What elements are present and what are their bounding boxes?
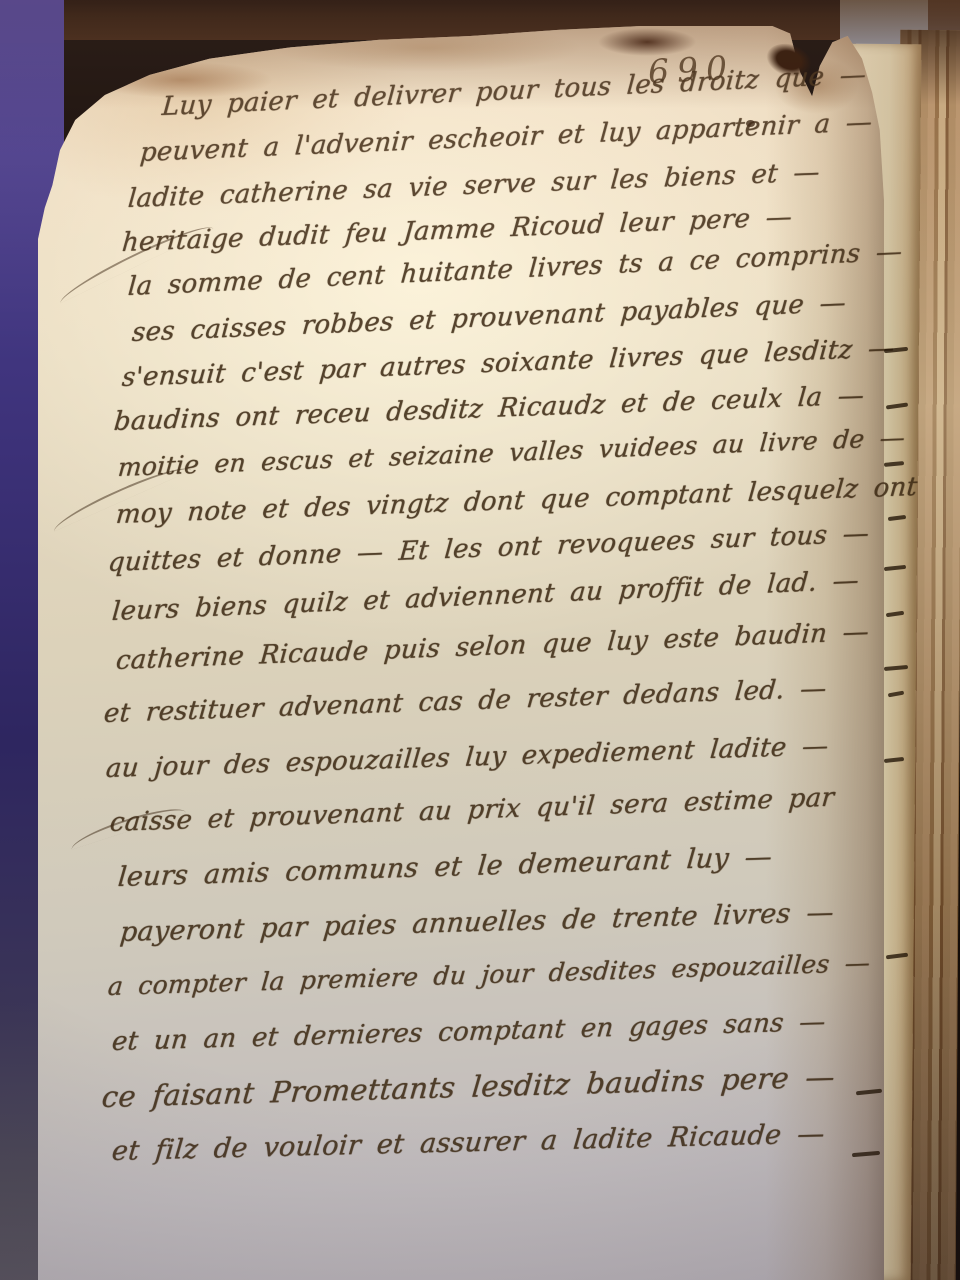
manuscript-photo: 690 Luy paier et delivrer pour tous les … (0, 0, 960, 1280)
manuscript-line: et un an et dernieres comptant en gages … (111, 1007, 827, 1057)
manuscript-line: ce faisant Promettants lesditz baudins p… (100, 1059, 836, 1114)
manuscript-line: catherine Ricaude puis selon que luy est… (115, 617, 871, 676)
manuscript-line: leurs biens quilz et adviennent au proff… (111, 566, 860, 627)
manuscript-line: et filz de vouloir et assurer a ladite R… (110, 1119, 826, 1167)
manuscript-line: au jour des espouzailles luy expediement… (105, 731, 830, 784)
manuscript-line: a compter la premiere du jour desdites e… (107, 948, 872, 1001)
manuscript-line: et restituer advenant cas de rester deda… (103, 674, 828, 729)
manuscript-line: caisse et prouvenant au prix qu'il sera … (109, 783, 836, 838)
manuscript-line: leurs amis communs et le demeurant luy — (117, 841, 774, 893)
manuscript-line: payeront par paies annuelles de trente l… (119, 897, 836, 948)
handwritten-text-block: Luy paier et delivrer pour tous les droi… (0, 0, 960, 1280)
ink-dot (746, 120, 755, 127)
